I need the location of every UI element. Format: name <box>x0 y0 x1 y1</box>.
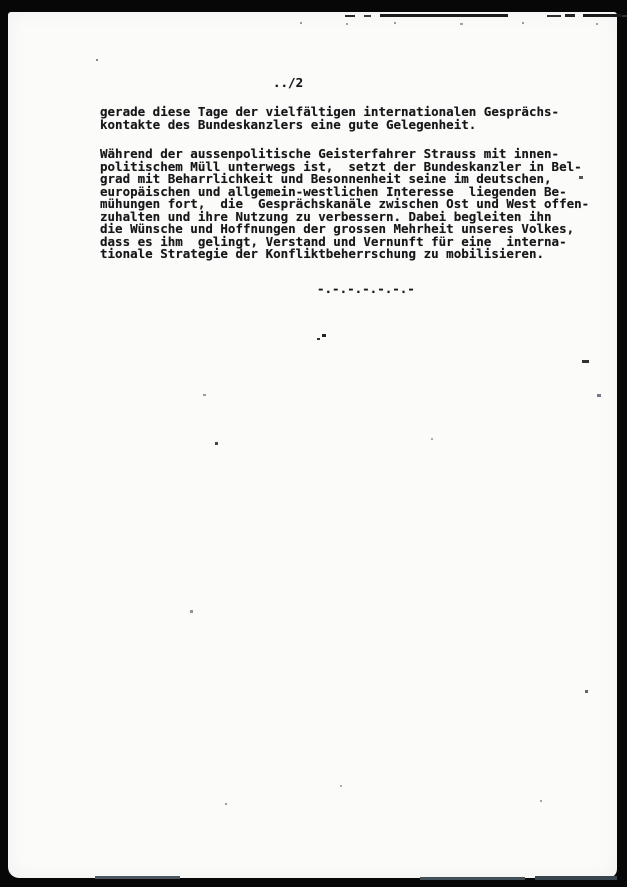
scan-artifact <box>300 22 302 24</box>
scan-artifact <box>364 15 371 17</box>
scan-artifact <box>345 15 355 17</box>
noise-speck <box>585 690 588 693</box>
scan-artifact <box>596 23 598 25</box>
noise-speck <box>540 800 542 802</box>
scan-artifact <box>95 876 180 879</box>
paragraph-2: Während der aussenpolitische Geisterfahr… <box>100 148 589 261</box>
noise-speck <box>203 394 206 396</box>
end-of-text-separator: -.-.-.-.-.-.- <box>317 283 415 296</box>
scan-artifact <box>394 22 396 24</box>
noise-speck <box>431 438 433 440</box>
noise-speck <box>96 59 98 61</box>
noise-speck <box>215 442 218 445</box>
scanned-document-photocopy: ../2 gerade diese Tage der vielfältigen … <box>0 0 627 887</box>
noise-speck <box>597 394 601 397</box>
noise-speck <box>225 803 227 805</box>
scan-artifact <box>346 23 348 25</box>
document-page: ../2 gerade diese Tage der vielfältigen … <box>8 12 617 878</box>
scan-artifact <box>380 14 508 17</box>
noise-speck <box>340 785 342 787</box>
scan-artifact <box>522 22 524 24</box>
scan-artifact <box>547 15 561 17</box>
scan-artifact <box>535 876 617 880</box>
scan-artifact <box>460 23 463 25</box>
scan-artifact <box>565 14 575 17</box>
page-number-marker: ../2 <box>273 77 303 90</box>
scan-artifact <box>420 877 525 880</box>
paragraph-1: gerade diese Tage der vielfältigen inter… <box>100 106 559 131</box>
scan-artifact <box>583 14 621 17</box>
noise-speck <box>322 334 326 337</box>
scan-artifact <box>622 15 627 17</box>
noise-speck <box>317 338 320 340</box>
noise-speck <box>190 610 193 613</box>
noise-speck <box>582 360 589 363</box>
